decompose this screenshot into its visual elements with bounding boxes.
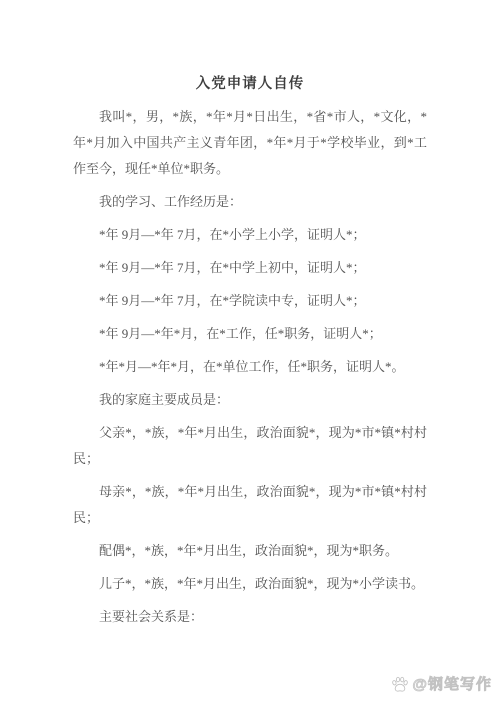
document-page: 入党申请人自传 我叫*，男，*族，*年*月*日出生，*省*市人，*文化，*年*月… (0, 0, 500, 707)
paragraph-history-work1: *年 9月—*年*月，在*工作，任*职务，证明人*； (73, 321, 427, 347)
paragraph-history-junior: *年 9月—*年 7月，在*中学上初中，证明人*； (73, 255, 427, 281)
paragraph-family-spouse: 配偶*，*族，*年*月出生，政治面貌*，现为*职务。 (73, 538, 427, 564)
watermark-text: @钢笔写作 (412, 672, 492, 698)
document-title: 入党申请人自传 (73, 71, 427, 97)
paragraph-history-work2: *年*月—*年*月，在*单位工作，任*职务，证明人*。 (73, 354, 427, 380)
paragraph-family-son: 儿子*，*族，*年*月出生，政治面貌*，现为*小学读书。 (73, 571, 427, 597)
paragraph-intro: 我叫*，男，*族，*年*月*日出生，*省*市人，*文化，*年*月加入中国共产主义… (73, 104, 427, 182)
paragraph-relations-header: 主要社会关系是： (73, 604, 427, 630)
paragraph-history-header: 我的学习、工作经历是： (73, 189, 427, 215)
paragraph-family-mother: 母亲*，*族，*年*月出生，政治面貌*，现为*市*镇*村村民； (73, 479, 427, 531)
watermark: @钢笔写作 (391, 672, 492, 698)
paw-icon (391, 676, 409, 694)
paragraph-family-father: 父亲*，*族，*年*月出生，政治面貌*，现为*市*镇*村村民； (73, 420, 427, 472)
paragraph-history-primary: *年 9月—*年 7月，在*小学上小学，证明人*； (73, 222, 427, 248)
paragraph-family-header: 我的家庭主要成员是： (73, 387, 427, 413)
paragraph-history-college: *年 9月—*年 7月，在*学院读中专，证明人*； (73, 288, 427, 314)
